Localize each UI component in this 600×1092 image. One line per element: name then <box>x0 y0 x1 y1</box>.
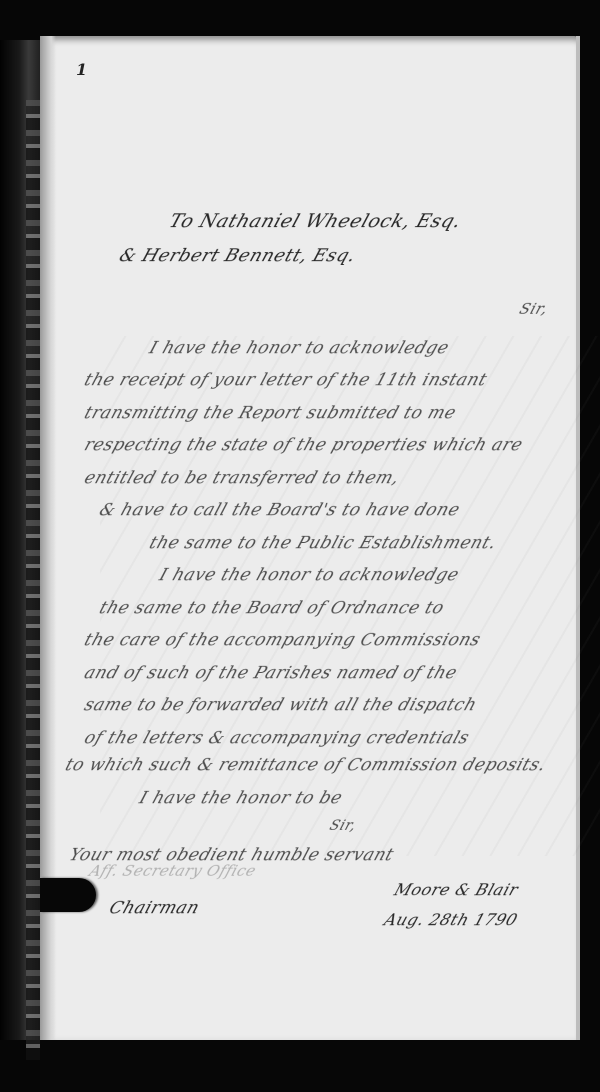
p2-line-1: I have the honor to acknowledge <box>157 565 462 585</box>
closing-line-2: Sir, <box>327 818 358 834</box>
salutation: Sir, <box>517 300 550 318</box>
p1-line-3: transmitting the Report submitted to me <box>82 403 459 423</box>
closing-line-1: I have the honor to be <box>137 788 345 808</box>
p2-line-5: same to be forwarded with all the dispat… <box>82 695 480 715</box>
binding-edge <box>26 100 40 1060</box>
signature-right-line-2: Aug. 28th 1790 <box>382 910 520 929</box>
signature-left: Chairman <box>107 898 202 918</box>
p2-line-4: and of such of the Parishes named of the <box>82 663 460 683</box>
p2-line-7: to which such & remittance of Commission… <box>63 755 549 775</box>
p1-line-6: & have to call the Board's to have done <box>97 500 463 520</box>
p1-line-5: entitled to be transferred to them, <box>82 468 402 488</box>
p1-line-7: the same to the Public Establishment. <box>147 533 499 553</box>
page-marker: 1 <box>76 60 87 79</box>
address-line-1: To Nathaniel Wheelock, Esq. <box>166 210 464 232</box>
address-line-2: & Herbert Bennett, Esq. <box>117 245 359 266</box>
scan-bottom-border <box>40 1040 580 1092</box>
p2-line-3: the care of the accompanying Commissions <box>82 630 484 650</box>
page-clip <box>40 878 96 912</box>
p1-line-1: I have the honor to acknowledge <box>147 338 452 358</box>
p2-line-2: the same to the Board of Ordnance to <box>97 598 447 618</box>
signature-right-line-1: Moore & Blair <box>392 880 521 899</box>
faint-annotation: Aff. Secretary Office <box>87 862 258 880</box>
p2-line-6: of the letters & accompanying credential… <box>82 728 472 748</box>
p1-line-4: respecting the state of the properties w… <box>82 435 526 455</box>
p1-line-2: the receipt of your letter of the 11th i… <box>82 370 490 390</box>
